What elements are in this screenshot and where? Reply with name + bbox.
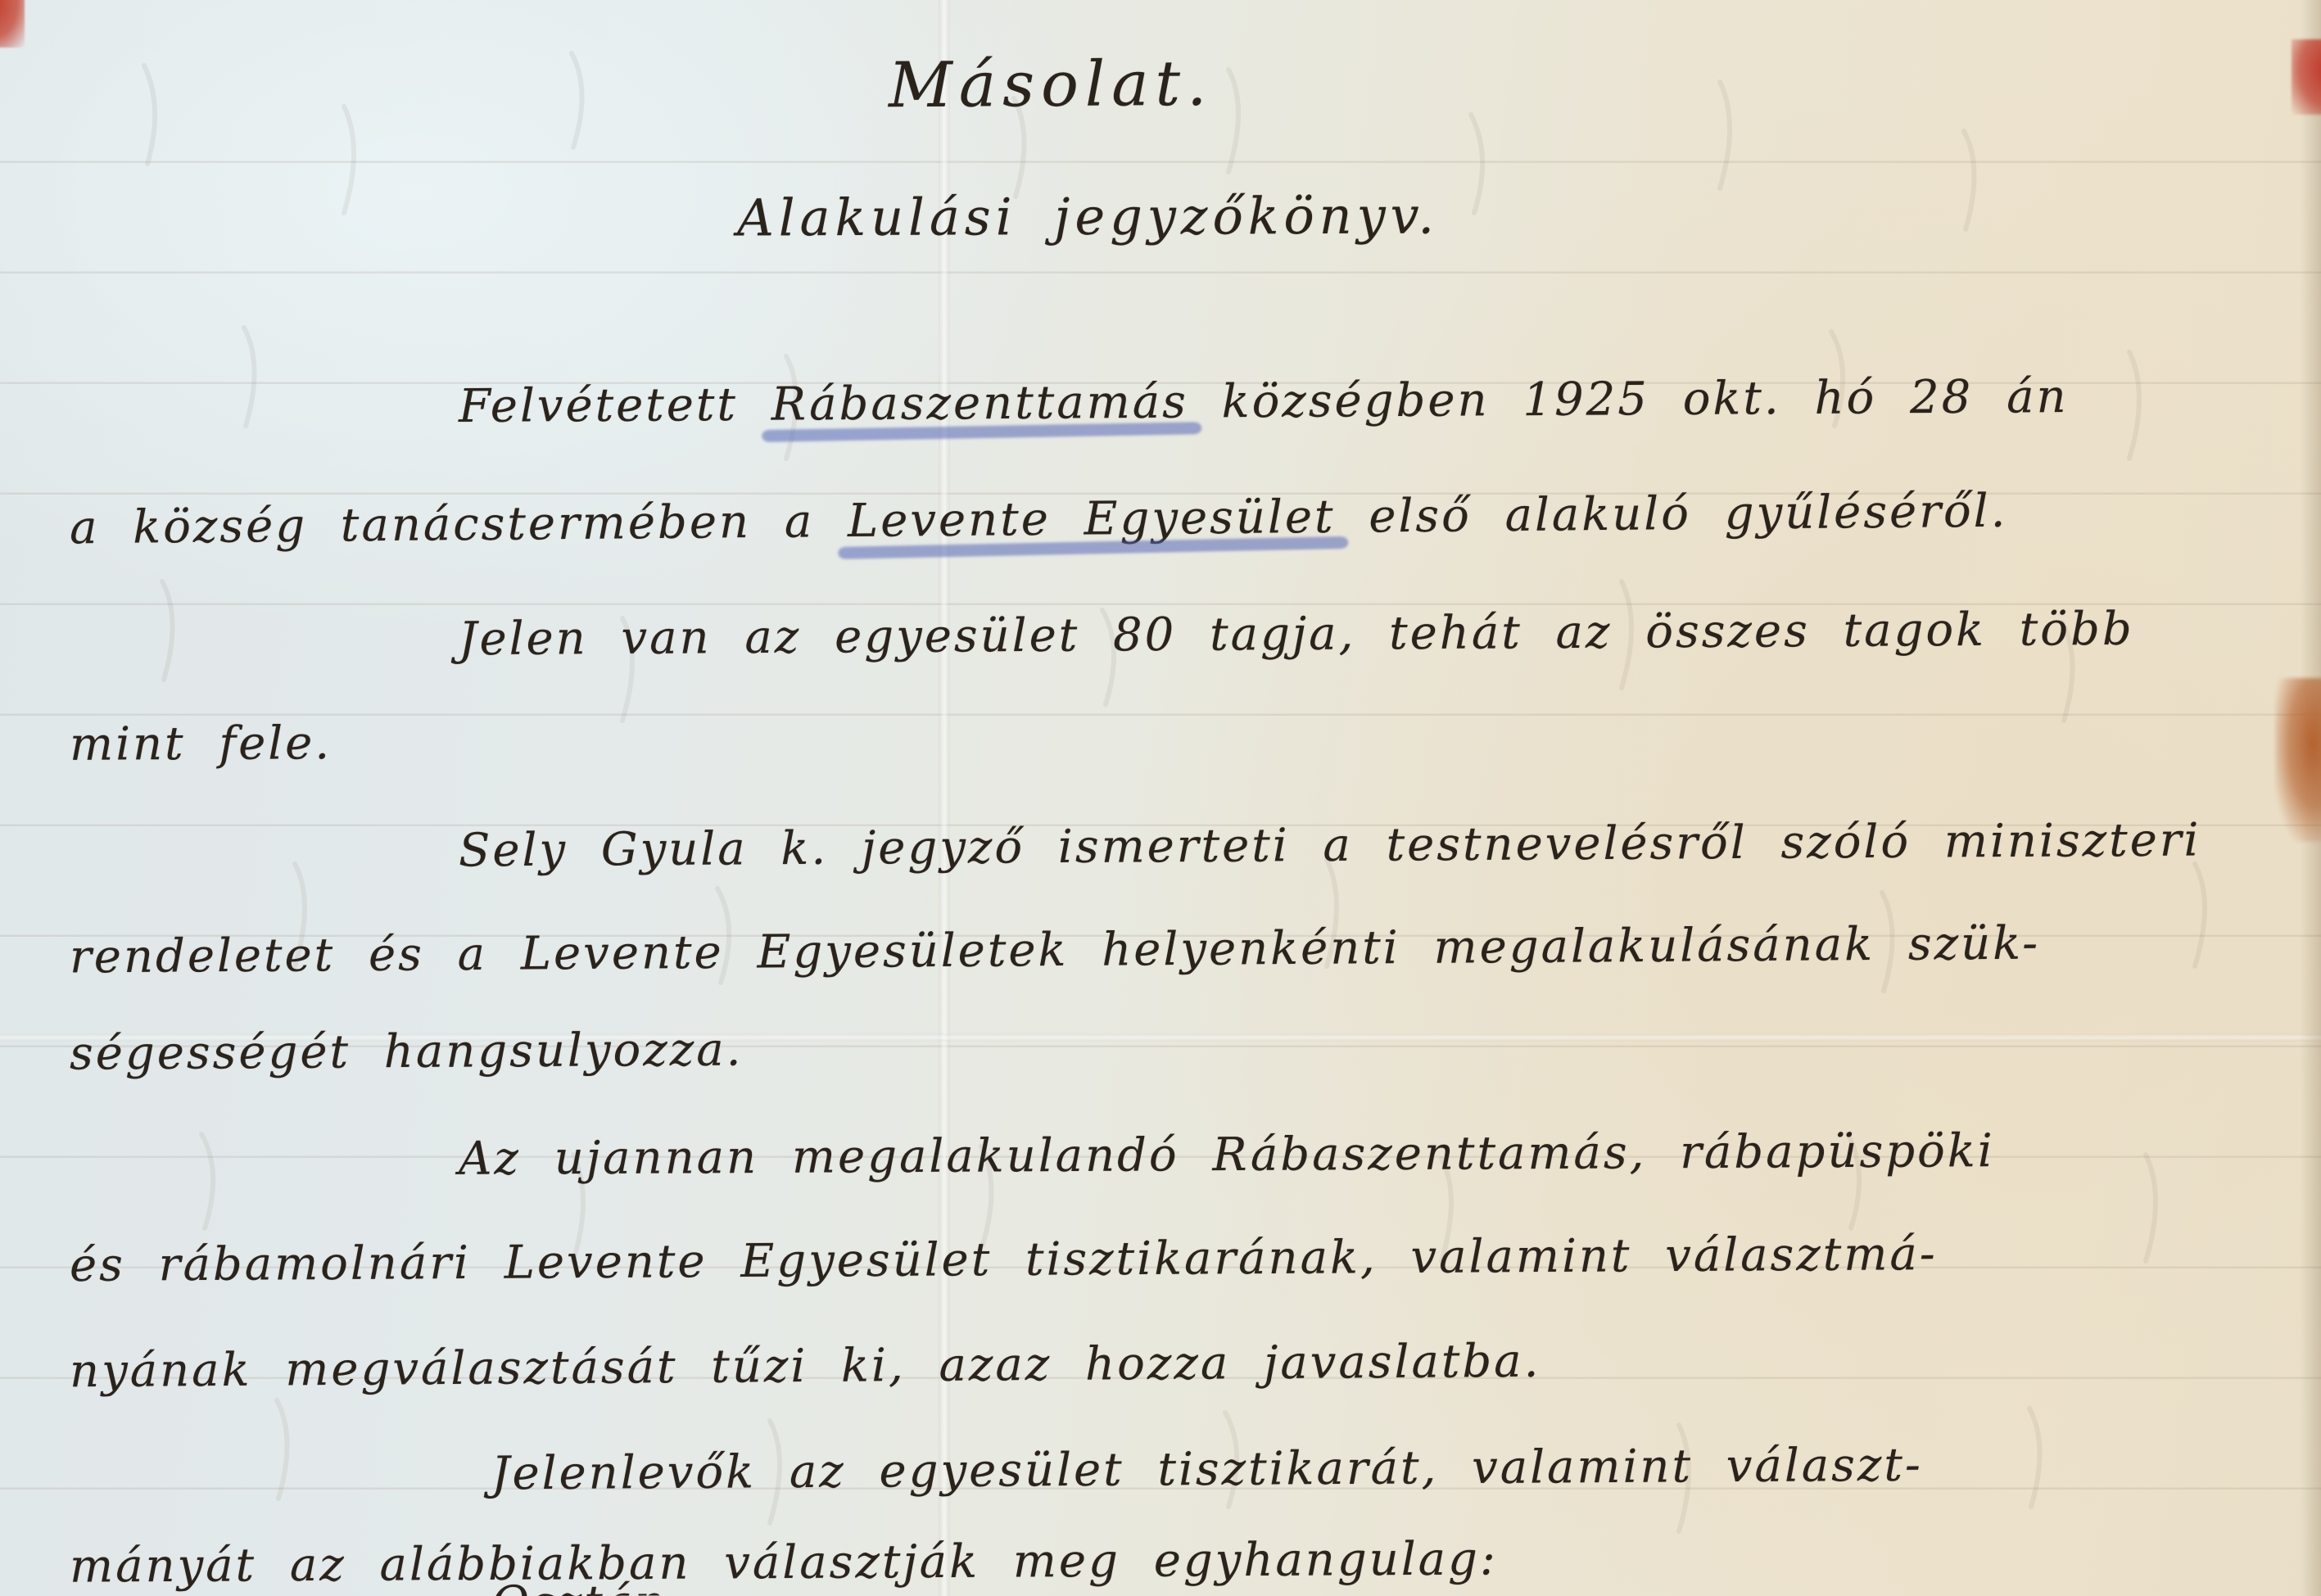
manuscript-line: Jelenlevők az egyesület tisztikarát, val… [491,1439,1923,1501]
line-text: Felvétetett [459,378,771,433]
manuscript-line: a község tanácstermében a Levente Egyesü… [70,485,2008,555]
red-corner-mark-top-right [2292,39,2321,115]
manuscript-line: Az ujannan megalakulandó Rábaszenttamás,… [459,1124,1995,1186]
red-corner-mark-top-left [0,0,25,47]
page-edge-shadow [2300,0,2321,1596]
page-title: Másolat. [889,47,1214,121]
manuscript-line: ségességét hangsulyozza. [70,1023,744,1080]
manuscript-line: Jelen van az egyesület 80 tagja, tehát a… [459,603,2134,666]
manuscript-line-partial: Osztán [491,1576,667,1596]
blue-underlined-association-name: Levente Egyesület [848,491,1336,548]
line-text: első alakuló gyűléséről. [1335,485,2007,544]
page-subtitle: Alakulási jegyzőkönyv. [737,186,1439,248]
manuscript-line: és rábamolnári Levente Egyesület tisztik… [70,1228,1938,1292]
manuscript-line: rendeletet és a Levente Egyesületek hely… [70,917,2040,984]
manuscript-line: Sely Gyula k. jegyző ismerteti a testnev… [459,814,2201,878]
rust-stain [2275,678,2321,842]
line-text: a község tanácstermében a [70,495,848,554]
manuscript-line: nyának megválasztását tűzi ki, azaz hozz… [70,1335,1541,1399]
manuscript-line: Felvétetett Rábaszenttamás községben 192… [459,370,2069,433]
blue-underlined-place-name: Rábaszenttamás [771,376,1189,432]
manuscript-page: Másolat. Alakulási jegyzőkönyv. Felvétet… [0,0,2321,1596]
manuscript-line: mányát az alábbiakban választják meg egy… [70,1532,1498,1593]
line-text: községben 1925 okt. hó 28 án [1188,370,2069,429]
manuscript-line: mint fele. [70,717,332,771]
